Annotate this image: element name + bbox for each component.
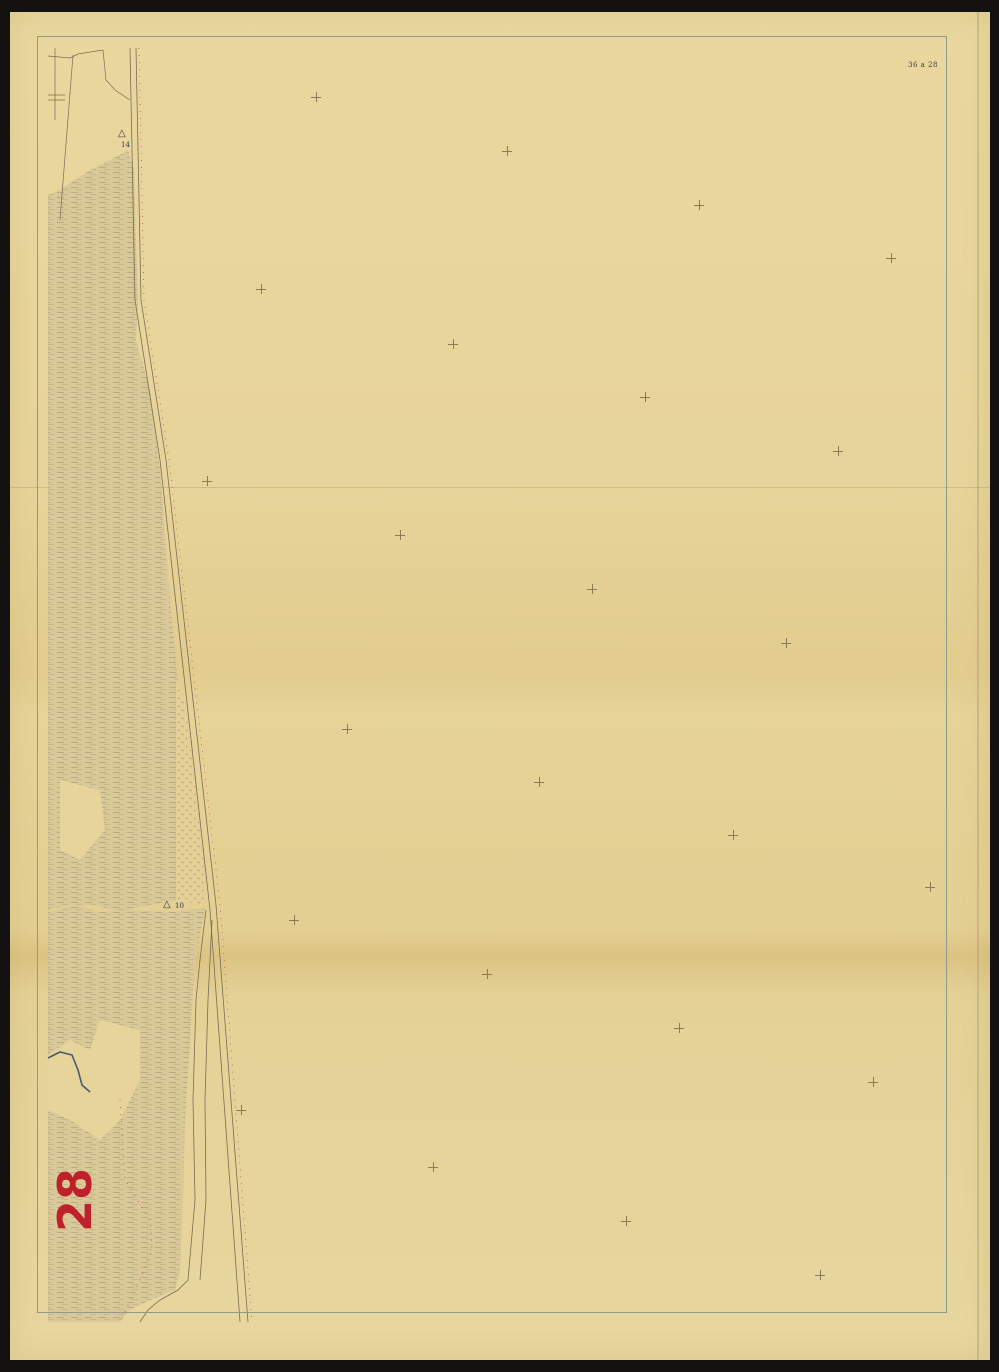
grid-cross-icon: [482, 969, 492, 979]
triangulation-point-icon: △: [118, 128, 126, 139]
sheet-number: 28: [52, 1168, 98, 1232]
grid-cross-icon: [448, 339, 458, 349]
grid-reference-label: 36 a 28: [908, 61, 938, 69]
grid-cross-icon: [202, 476, 212, 486]
grid-cross-icon: [256, 284, 266, 294]
grid-cross-icon: [311, 92, 321, 102]
grid-cross-icon: [289, 915, 299, 925]
triangulation-point-label: 10: [175, 902, 184, 910]
triangulation-point-icon: △: [163, 899, 171, 910]
grid-cross-icon: [395, 530, 405, 540]
grid-cross-icon: [781, 638, 791, 648]
grid-cross-icon: [534, 777, 544, 787]
triangulation-point-label: 14: [121, 141, 130, 149]
grid-cross-icon: [342, 724, 352, 734]
grid-cross-icon: [587, 584, 597, 594]
map-neatline: [37, 36, 947, 1313]
grid-cross-icon: [236, 1105, 246, 1115]
grid-cross-icon: [728, 830, 738, 840]
grid-cross-icon: [886, 253, 896, 263]
grid-cross-icon: [815, 1270, 825, 1280]
grid-cross-icon: [868, 1077, 878, 1087]
grid-cross-icon: [674, 1023, 684, 1033]
grid-cross-icon: [640, 392, 650, 402]
grid-cross-icon: [428, 1162, 438, 1172]
grid-cross-icon: [694, 200, 704, 210]
grid-cross-icon: [925, 882, 935, 892]
grid-cross-icon: [502, 146, 512, 156]
grid-cross-icon: [621, 1216, 631, 1226]
grid-cross-icon: [833, 446, 843, 456]
